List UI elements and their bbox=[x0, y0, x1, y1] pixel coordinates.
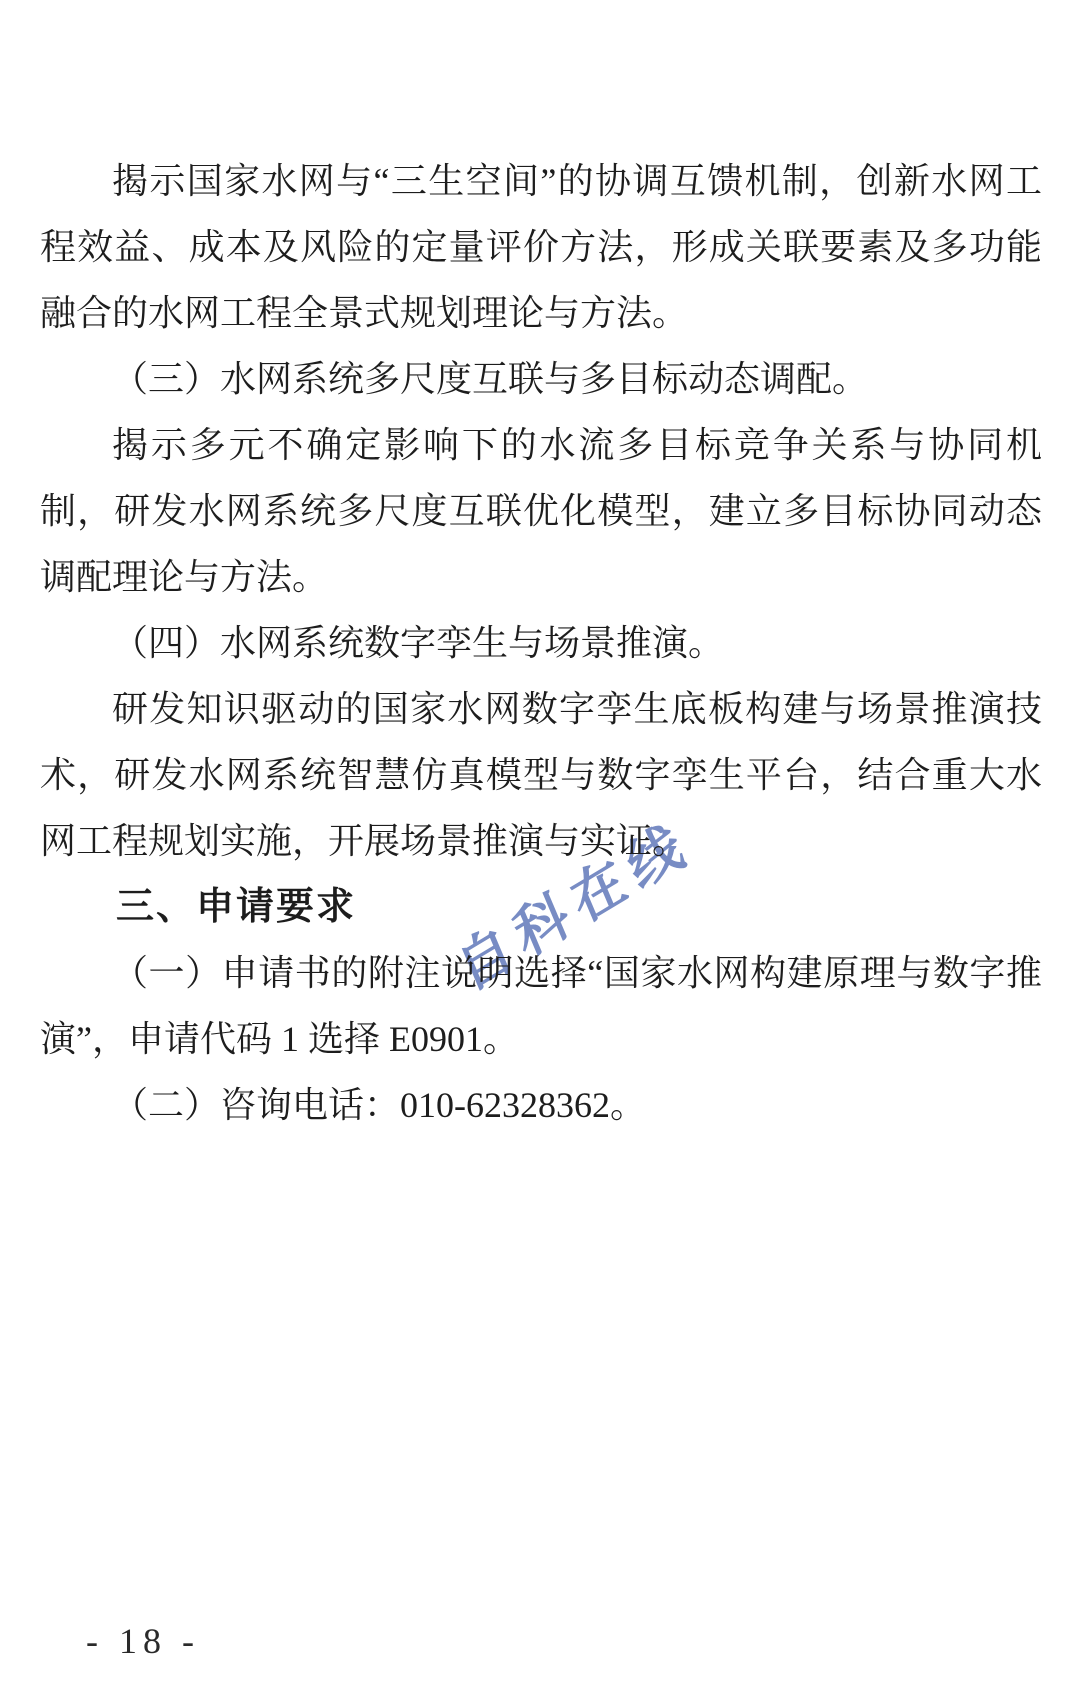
subheading-section-4: （四）水网系统数字孪生与场景推演。 bbox=[40, 610, 1042, 676]
paragraph-section-4-body: 研发知识驱动的国家水网数字孪生底板构建与场景推演技术，研发水网系统智慧仿真模型与… bbox=[40, 676, 1042, 874]
document-content: 揭示国家水网与“三生空间”的协调互馈机制，创新水网工程效益、成本及风险的定量评价… bbox=[40, 148, 1042, 1138]
page-footer: - 18 - bbox=[86, 1620, 200, 1662]
heading-application-requirements: 三、申请要求 bbox=[40, 874, 1042, 940]
paragraph-requirement-2: （二）咨询电话：010-62328362。 bbox=[40, 1072, 1042, 1138]
paragraph-section-3-body: 揭示多元不确定影响下的水流多目标竞争关系与协同机制，研发水网系统多尺度互联优化模… bbox=[40, 412, 1042, 610]
document-page: 自科在线 揭示国家水网与“三生空间”的协调互馈机制，创新水网工程效益、成本及风险… bbox=[0, 0, 1080, 1694]
page-number: - 18 - bbox=[86, 1621, 200, 1661]
paragraph-overview: 揭示国家水网与“三生空间”的协调互馈机制，创新水网工程效益、成本及风险的定量评价… bbox=[40, 148, 1042, 346]
paragraph-requirement-1: （一）申请书的附注说明选择“国家水网构建原理与数字推演”，申请代码 1 选择 E… bbox=[40, 940, 1042, 1072]
subheading-section-3: （三）水网系统多尺度互联与多目标动态调配。 bbox=[40, 346, 1042, 412]
